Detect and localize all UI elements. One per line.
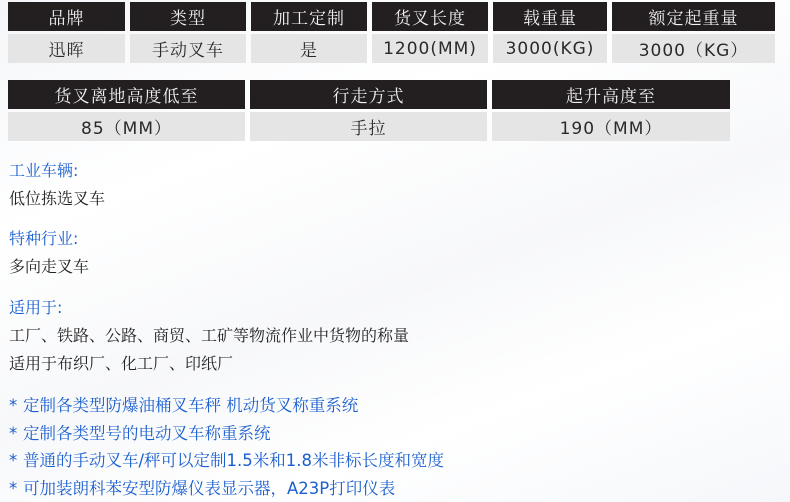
bullet-text: 定制各类型号的电动叉车称重系统	[23, 424, 271, 443]
spec-table-1: 品牌 类型 加工定制 货叉长度 载重量 额定起重量 迅晖 手动叉车 是 1200…	[3, 0, 780, 66]
value-fork-length: 1200(MM)	[372, 34, 488, 63]
asterisk-icon: *	[9, 392, 23, 420]
value-fork-min-height: 85（MM）	[8, 112, 245, 141]
spec-table-2-value-row: 85（MM） 手拉 190（MM）	[8, 112, 730, 141]
asterisk-icon: *	[9, 475, 23, 502]
header-rated-capacity: 额定起重量	[612, 2, 775, 31]
header-fork-length: 货叉长度	[372, 2, 488, 31]
spec-table-2: 货叉离地高度低至 行走方式 起升高度至 85（MM） 手拉 190（MM）	[3, 77, 735, 144]
header-travel-mode: 行走方式	[250, 80, 487, 109]
header-type: 类型	[130, 2, 246, 31]
bullet-text: 可加装朗科苯安型防爆仪表显示器，A23P打印仪表	[23, 479, 395, 498]
value-travel-mode: 手拉	[250, 112, 487, 141]
header-fork-min-height: 货叉离地高度低至	[8, 80, 245, 109]
section-industrial-vehicles: 工业车辆: 低位拣选叉车	[9, 157, 105, 213]
header-customizable: 加工定制	[251, 2, 367, 31]
spec-table-1-value-row: 迅晖 手动叉车 是 1200(MM) 3000(KG) 3000（KG）	[8, 34, 775, 63]
bullet-item: *定制各类型防爆油桶叉车秤 机动货叉称重系统	[9, 392, 444, 420]
bullet-item: *可加装朗科苯安型防爆仪表显示器，A23P打印仪表	[9, 475, 444, 502]
header-load-capacity: 载重量	[493, 2, 607, 31]
section-label: 工业车辆:	[9, 157, 105, 185]
bullet-item: *普通的手动叉车/秤可以定制1.5米和1.8米非标长度和宽度	[9, 447, 444, 475]
bullet-item: *定制各类型号的电动叉车称重系统	[9, 420, 444, 448]
header-brand: 品牌	[8, 2, 125, 31]
value-type: 手动叉车	[130, 34, 246, 63]
spec-table-2-header-row: 货叉离地高度低至 行走方式 起升高度至	[8, 80, 730, 109]
section-special-industry: 特种行业: 多向走叉车	[9, 225, 89, 281]
value-load-capacity: 3000(KG)	[493, 34, 607, 63]
section-applicable-to: 适用于: 工厂、铁路、公路、商贸、工矿等物流作业中货物的称量 适用于布织厂、化工…	[9, 294, 409, 378]
value-customizable: 是	[251, 34, 367, 63]
bullet-text: 定制各类型防爆油桶叉车秤 机动货叉称重系统	[23, 396, 358, 415]
header-lift-height: 起升高度至	[492, 80, 730, 109]
asterisk-icon: *	[9, 447, 23, 475]
section-label: 适用于:	[9, 294, 409, 322]
asterisk-icon: *	[9, 420, 23, 448]
value-rated-capacity: 3000（KG）	[612, 34, 775, 63]
section-text: 适用于布织厂、化工厂、印纸厂	[9, 350, 409, 378]
section-text: 多向走叉车	[9, 253, 89, 281]
spec-table-1-header-row: 品牌 类型 加工定制 货叉长度 载重量 额定起重量	[8, 2, 775, 31]
bullet-text: 普通的手动叉车/秤可以定制1.5米和1.8米非标长度和宽度	[23, 451, 444, 470]
section-label: 特种行业:	[9, 225, 89, 253]
feature-bullet-list: *定制各类型防爆油桶叉车秤 机动货叉称重系统 *定制各类型号的电动叉车称重系统 …	[9, 392, 444, 502]
section-text: 工厂、铁路、公路、商贸、工矿等物流作业中货物的称量	[9, 322, 409, 350]
value-lift-height: 190（MM）	[492, 112, 730, 141]
value-brand: 迅晖	[8, 34, 125, 63]
section-text: 低位拣选叉车	[9, 185, 105, 213]
